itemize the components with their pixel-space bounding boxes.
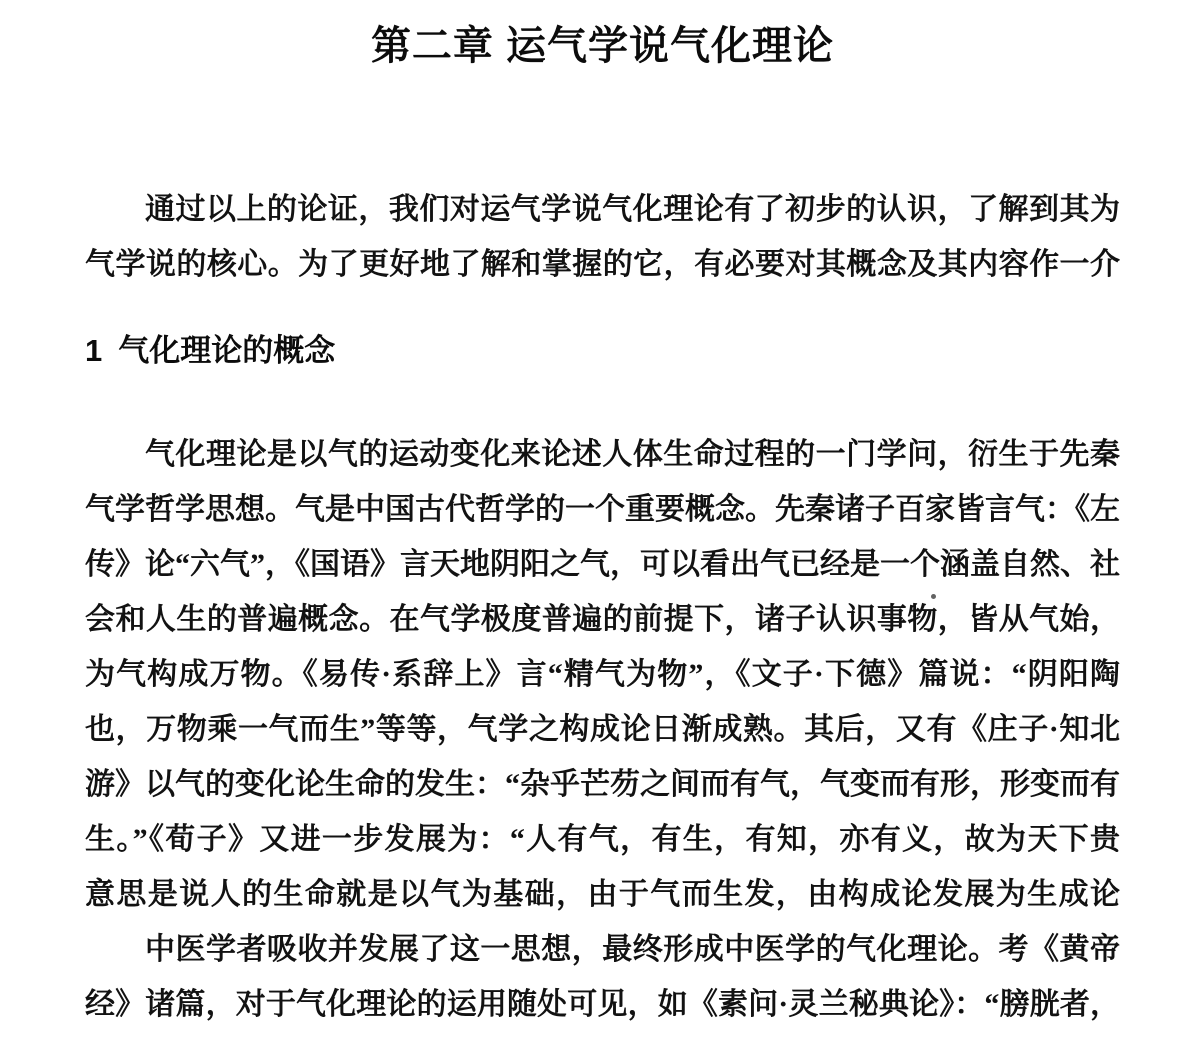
intro-paragraph: 通过以上的论证，我们对运气学说气化理论有了初步的认识，了解到其为运 气学说的核心… xyxy=(85,182,1120,292)
section-number: 1 xyxy=(85,331,102,371)
body-line: 生。”《荀子》又进一步发展为：“人有气，有生，有知，亦有义，故为天下贵也。” xyxy=(85,812,1120,867)
body-line-with-footnote: 意思是说人的生命就是以气为基础，由于气而生发，由构成论发展为生成论[51]。 xyxy=(85,867,1120,922)
body-line: 气学哲学思想。气是中国古代哲学的一个重要概念。先秦诸子百家皆言气：《左 xyxy=(85,482,1120,537)
body-line: 游》以气的变化论生命的发生：“杂乎芒芴之间而有气，气变而有形，形变而有 xyxy=(85,757,1120,812)
document-page: 第二章 运气学说气化理论 通过以上的论证，我们对运气学说气化理论有了初步的认识，… xyxy=(0,0,1203,1037)
body-line: 会和人生的普遍概念。在气学极度普遍的前提下，诸子认识事物，皆从气始，认 xyxy=(85,592,1120,647)
body-line-text: 意思是说人的生命就是以气为基础，由于气而生发，由构成论发展为生成论 xyxy=(85,878,1120,911)
body-paragraphs: 气化理论是以气的运动变化来论述人体生命过程的一门学问，衍生于先秦的 气学哲学思想… xyxy=(85,427,1120,1032)
body-line: 中医学者吸收并发展了这一思想，最终形成中医学的气化理论。考《黄帝内 xyxy=(85,922,1120,977)
body-line: 也，万物乘一气而生”等等，气学之构成论日渐成熟。其后，又有《庄子·知北 xyxy=(85,702,1120,757)
body-line: 为气构成万物。《易传·系辞上》言“精气为物”，《文子·下德》篇说：“阴阳陶 xyxy=(85,647,1120,702)
chapter-title: 第二章 运气学说气化理论 xyxy=(85,22,1120,70)
section-title: 气化理论的概念 xyxy=(118,333,335,368)
body-line: 传》论“六气”，《国语》言天地阴阳之气，可以看出气已经是一个涵盖自然、社 xyxy=(85,537,1120,592)
body-line: 气化理论是以气的运动变化来论述人体生命过程的一门学问，衍生于先秦的 xyxy=(85,427,1120,482)
intro-line-1: 通过以上的论证，我们对运气学说气化理论有了初步的认识，了解到其为运 xyxy=(85,182,1120,237)
section-heading: 1气化理论的概念 xyxy=(85,331,1120,371)
body-line: 经》诸篇，对于气化理论的运用随处可见，如《素问·灵兰秘典论》：“膀胱者， xyxy=(85,977,1120,1032)
intro-line-2: 气学说的核心。为了更好地了解和掌握的它，有必要对其概念及其内容作一介绍。 xyxy=(85,237,1120,292)
scan-artifact-dot xyxy=(931,594,936,599)
